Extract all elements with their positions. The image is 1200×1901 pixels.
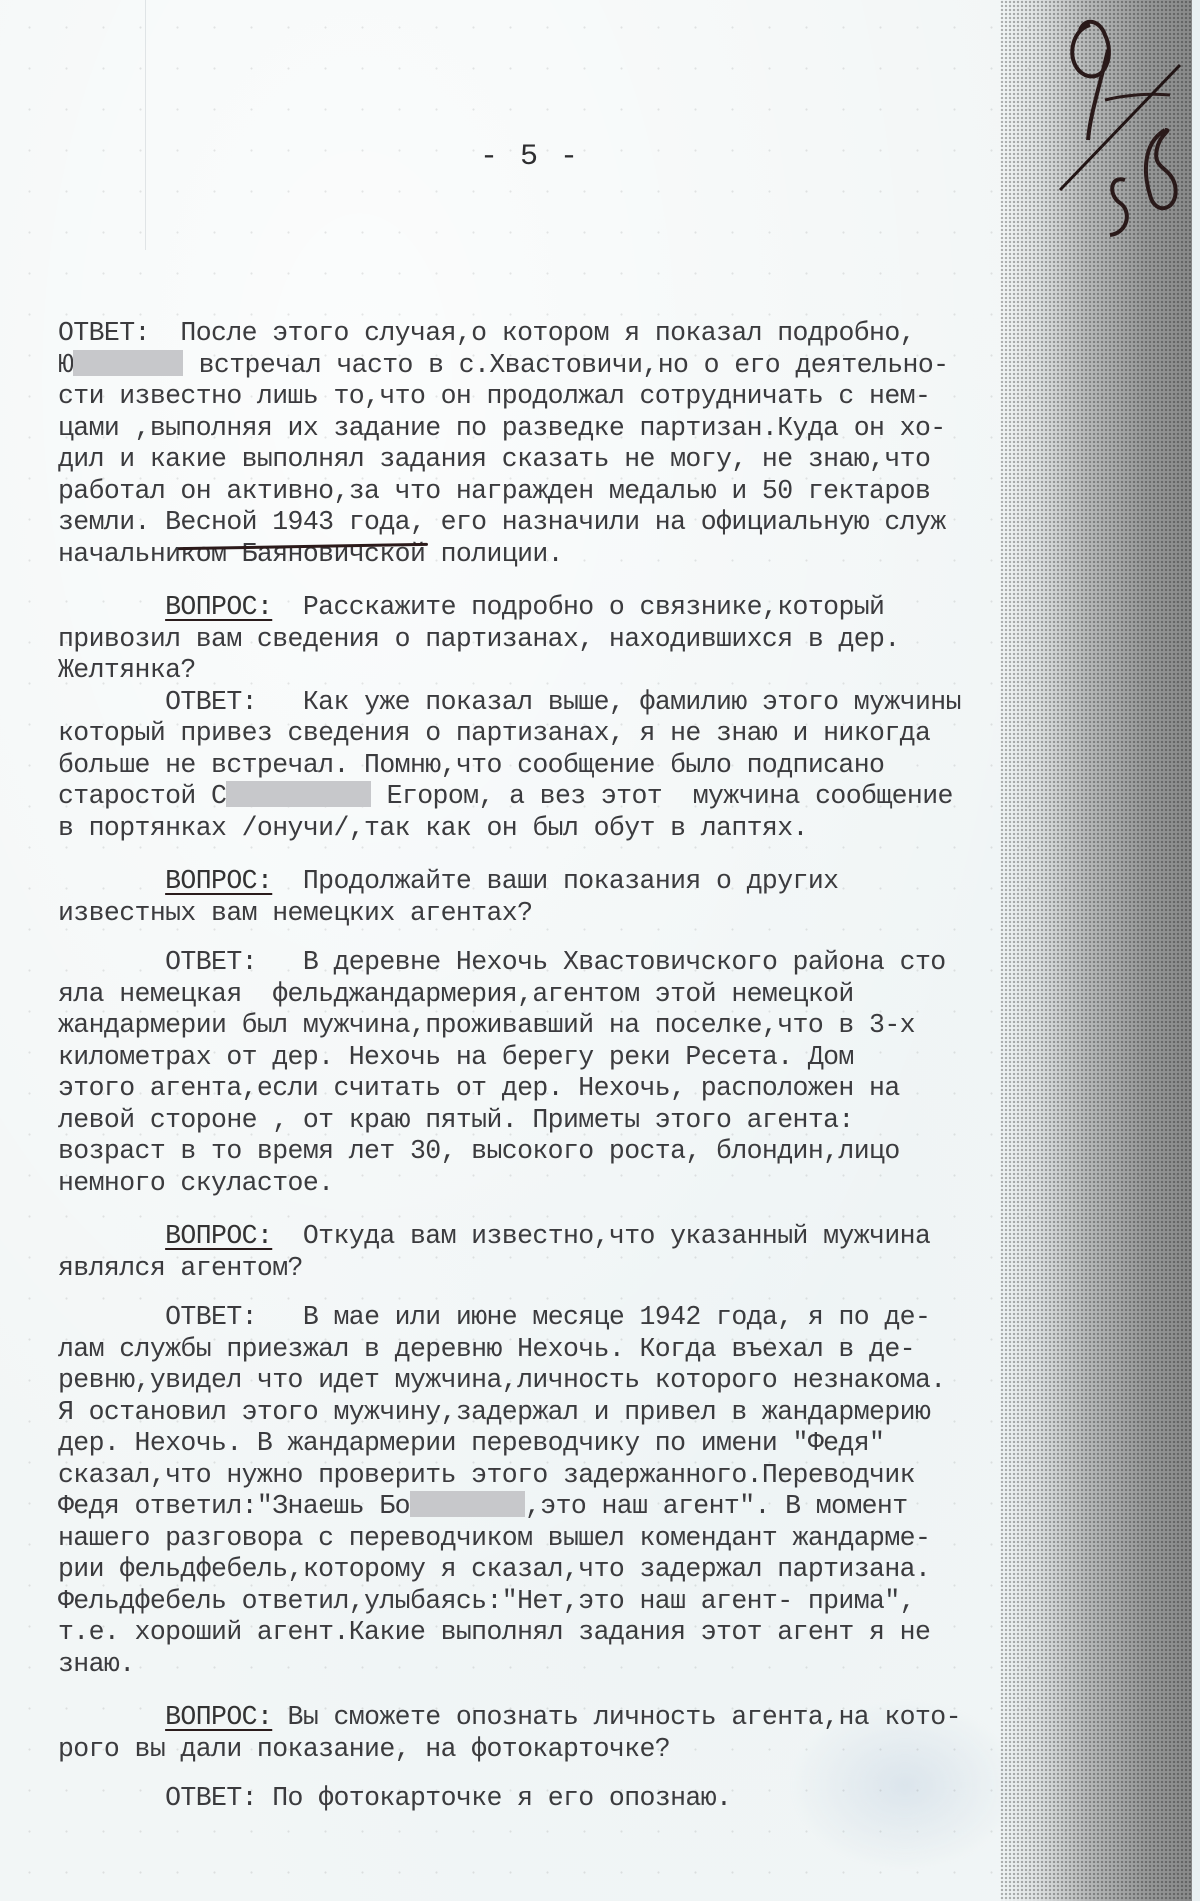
- question-block: ВОПРОС: Продолжайте ваши показания о дру…: [58, 866, 1168, 929]
- transcript-line: ВОПРОС: Продолжайте ваши показания о дру…: [58, 866, 1168, 898]
- transcript-line: лам службы приезжал в деревню Нехочь. Ко…: [58, 1334, 1168, 1366]
- answer-label: ОТВЕТ:: [58, 318, 150, 348]
- answer-label: ОТВЕТ:: [165, 1783, 257, 1813]
- transcript-line: земли. Весной 1943 года, его назначили н…: [58, 507, 1168, 539]
- transcript-line: яла немецкая фельджандармерия,агентом эт…: [58, 979, 1168, 1011]
- transcript-line: работал он активно,за что награжден меда…: [58, 476, 1168, 508]
- scan-artifact-line: [145, 0, 146, 250]
- transcript-line: ВОПРОС: Расскажите подробно о связнике,к…: [58, 592, 1168, 624]
- question-block: ВОПРОС: Расскажите подробно о связнике,к…: [58, 592, 1168, 687]
- transcript-line: ВОПРОС: Вы сможете опознать личность аге…: [58, 1702, 1168, 1734]
- transcript-line: километрах от дер. Нехочь на берегу реки…: [58, 1042, 1168, 1074]
- transcript-line: ОТВЕТ: В мае или июне месяце 1942 года, …: [58, 1302, 1168, 1334]
- transcript-line: нашего разговора с переводчиком вышел ко…: [58, 1523, 1168, 1555]
- question-label: ВОПРОС:: [165, 592, 272, 622]
- transcript-line: известных вам немецких агентах?: [58, 898, 1168, 930]
- transcript-line: рого вы дали показание, на фотокарточке?: [58, 1734, 1168, 1766]
- transcript-line: этого агента,если считать от дер. Нехочь…: [58, 1073, 1168, 1105]
- transcript-line: сказал,что нужно проверить этого задержа…: [58, 1460, 1168, 1492]
- transcript-line: который привез сведения о партизанах, я …: [58, 718, 1168, 750]
- redacted-name: [410, 1491, 525, 1517]
- transcript-line: ревню,увидел что идет мужчина,личность к…: [58, 1365, 1168, 1397]
- transcript-line: дил и какие выполнял задания сказать не …: [58, 444, 1168, 476]
- transcript-line: ОТВЕТ: В деревне Нехочь Хвастовичского р…: [58, 947, 1168, 979]
- transcript-line: начальником Баяновичской полиции.: [58, 539, 1168, 571]
- transcript-line: ОТВЕТ: По фотокарточке я его опознаю.: [58, 1783, 1168, 1815]
- redacted-name: [226, 781, 371, 807]
- transcript-line: цами ,выполняя их задание по разведке па…: [58, 413, 1168, 445]
- handwritten-page-annotation: [1030, 5, 1190, 245]
- transcript-line: т.е. хороший агент.Какие выполнял задани…: [58, 1617, 1168, 1649]
- transcript-line: немного скуластое.: [58, 1168, 1168, 1200]
- answer-block: ОТВЕТ: По фотокарточке я его опознаю.: [58, 1783, 1168, 1815]
- transcript-line: привозил вам сведения о партизанах, нахо…: [58, 624, 1168, 656]
- transcript-line: являлся агентом?: [58, 1253, 1168, 1285]
- transcript-line: больше не встречал. Помню,что сообщение …: [58, 750, 1168, 782]
- page-edge: [1191, 0, 1200, 1901]
- answer-label: ОТВЕТ:: [165, 1302, 257, 1332]
- transcript-line: в портянках /онучи/,так как он был обут …: [58, 813, 1168, 845]
- transcript-line: ОТВЕТ: После этого случая,о котором я по…: [58, 318, 1168, 350]
- transcript-line: Фельдфебель ответил,улыбаясь:"Нет,это на…: [58, 1586, 1168, 1618]
- page-number: - 5 -: [470, 140, 590, 174]
- transcript-line: Желтянка?: [58, 655, 1168, 687]
- answer-block: ОТВЕТ: В мае или июне месяце 1942 года, …: [58, 1302, 1168, 1680]
- transcript-line: сти известно лишь то,что он продолжал со…: [58, 381, 1168, 413]
- answer-label: ОТВЕТ:: [165, 947, 257, 977]
- transcript-line: Я остановил этого мужчину,задержал и при…: [58, 1397, 1168, 1429]
- transcript-line: знаю.: [58, 1649, 1168, 1681]
- transcript-line: старостой С Егором, а вез этот мужчина с…: [58, 781, 1168, 813]
- answer-block: ОТВЕТ: После этого случая,о котором я по…: [58, 318, 1168, 570]
- interrogation-transcript: ОТВЕТ: После этого случая,о котором я по…: [58, 318, 1168, 1815]
- handwritten-number-icon: [1030, 5, 1190, 245]
- question-label: ВОПРОС:: [165, 866, 272, 896]
- question-label: ВОПРОС:: [165, 1702, 272, 1732]
- transcript-line: Федя ответил:"Знаешь Бо,это наш агент". …: [58, 1491, 1168, 1523]
- transcript-line: жандармерии был мужчина,проживавший на п…: [58, 1010, 1168, 1042]
- transcript-line: возраст в то время лет 30, высокого рост…: [58, 1136, 1168, 1168]
- question-label: ВОПРОС:: [165, 1221, 272, 1251]
- transcript-line: рии фельдфебель,которому я сказал,что за…: [58, 1554, 1168, 1586]
- transcript-line: ВОПРОС: Откуда вам известно,что указанны…: [58, 1221, 1168, 1253]
- transcript-line: Ю встречал часто в с.Хвастовичи,но о его…: [58, 350, 1168, 382]
- transcript-line: левой стороне , от краю пятый. Приметы э…: [58, 1105, 1168, 1137]
- redacted-name: [73, 350, 183, 376]
- answer-label: ОТВЕТ:: [165, 687, 257, 717]
- transcript-line: ОТВЕТ: Как уже показал выше, фамилию это…: [58, 687, 1168, 719]
- transcript-line: дер. Нехочь. В жандармерии переводчику п…: [58, 1428, 1168, 1460]
- question-block: ВОПРОС: Вы сможете опознать личность аге…: [58, 1702, 1168, 1765]
- answer-block: ОТВЕТ: Как уже показал выше, фамилию это…: [58, 687, 1168, 845]
- question-block: ВОПРОС: Откуда вам известно,что указанны…: [58, 1221, 1168, 1284]
- answer-block: ОТВЕТ: В деревне Нехочь Хвастовичского р…: [58, 947, 1168, 1199]
